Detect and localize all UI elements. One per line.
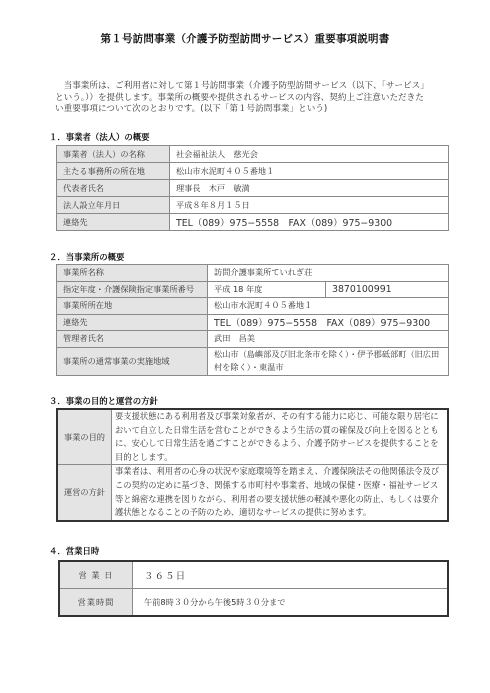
table-row: 法人設立年月日 平成８年８月１５日 [57, 197, 449, 214]
row-value: ３６５日 [133, 561, 449, 589]
row-value: 武田 昌美 [208, 331, 449, 348]
row-label: 事業所の通常事業の実施地域 [57, 347, 208, 375]
row-label: 事業所所在地 [57, 298, 208, 315]
purpose-policy-table: 事業の目的 要支援状態にある利用者及び事業対象者が、その有する能力に応じ、可能な… [56, 408, 449, 522]
row-value: 午前8時３０分から午後5時３０分まで [133, 589, 449, 617]
row-label: 運営の方針 [57, 465, 112, 521]
office-number: 3870100991 [326, 281, 449, 298]
row-value: 要支援状態にある利用者及び事業対象者が、その有する能力に応じ、可能な限り居宅にお… [112, 409, 449, 465]
row-label: 主たる事務所の所在地 [57, 163, 170, 180]
row-label: 指定年度・介護保険指定事業所番号 [57, 281, 208, 298]
row-label: 連絡先 [57, 314, 208, 331]
row-label: 事業者（法人）の名称 [57, 146, 170, 163]
table-row: 事業所名称 訪問介護事業所ていれぎ荘 [57, 265, 449, 282]
row-label: 代表者氏名 [57, 180, 170, 197]
row-label: 事業の目的 [57, 409, 112, 465]
table-row: 運営の方針 事業者は、利用者の心身の状況や家庭環境等を踏まえ、介護保険法その他関… [57, 465, 448, 521]
table-row: 営業時間 午前8時３０分から午後5時３０分まで [59, 589, 448, 617]
row-value: TEL（089）975−5558 FAX（089）975−9300 [208, 314, 449, 331]
table-row: 営 業 日 ３６５日 [59, 561, 448, 589]
section4-heading: ４．営業日時 [49, 545, 99, 557]
table-row: 事業者（法人）の名称 社会福祉法人 慈光会 [57, 146, 449, 163]
table-row: 指定年度・介護保険指定事業所番号 平成 18 年度 3870100991 [57, 281, 449, 298]
table-row: 事業所所在地 松山市水泥町４０５番地１ [57, 298, 449, 315]
table-row: 代表者氏名 理事長 木戸 敏満 [57, 180, 449, 197]
row-value: 訪問介護事業所ていれぎ荘 [208, 265, 449, 282]
intro-line: 当事業所は、ご利用者に対して第１号訪問事業（介護予防型訪問サービス（以下、「サー… [55, 81, 450, 93]
intro-paragraph: 当事業所は、ご利用者に対して第１号訪問事業（介護予防型訪問サービス（以下、「サー… [55, 81, 450, 116]
row-value: 平成 18 年度 [208, 281, 326, 298]
row-value: 松山市水泥町４０５番地１ [208, 298, 449, 315]
office-overview-table: 事業所名称 訪問介護事業所ていれぎ荘 指定年度・介護保険指定事業所番号 平成 1… [56, 264, 449, 376]
row-label: 営業時間 [59, 589, 133, 617]
section2-heading: ２．当事業所の概要 [49, 251, 124, 263]
row-label: 連絡先 [57, 214, 170, 231]
row-value: 社会福祉法人 慈光会 [170, 146, 449, 163]
row-label: 営 業 日 [59, 561, 133, 589]
section3-heading: ３．事業の目的と運営の方針 [49, 395, 158, 407]
table-row: 管理者氏名 武田 昌美 [57, 331, 449, 348]
row-label: 事業所名称 [57, 265, 208, 282]
row-label: 法人設立年月日 [57, 197, 170, 214]
table-row: 連絡先 TEL（089）975−5558 FAX（089）975−9300 [57, 314, 449, 331]
corporation-overview-table: 事業者（法人）の名称 社会福祉法人 慈光会 主たる事務所の所在地 松山市水泥町４… [56, 145, 449, 231]
document-title: 第１号訪問事業（介護予防型訪問サービス）重要事項説明書 [0, 31, 490, 46]
section1-heading: １．事業者（法人）の概要 [49, 131, 150, 143]
table-row: 事業の目的 要支援状態にある利用者及び事業対象者が、その有する能力に応じ、可能な… [57, 409, 448, 465]
row-value: 松山市水泥町４０５番地１ [170, 163, 449, 180]
table-row: 事業所の通常事業の実施地域 松山市（島嶼部及び旧北条市を除く）・伊予郡砥部町（旧… [57, 347, 449, 375]
table-row: 主たる事務所の所在地 松山市水泥町４０５番地１ [57, 163, 449, 180]
row-value: 事業者は、利用者の心身の状況や家庭環境等を踏まえ、介護保険法その他関係法令及びこ… [112, 465, 449, 521]
row-value: 松山市（島嶼部及び旧北条市を除く）・伊予郡砥部町（旧広田村を除く）・東温市 [208, 347, 449, 375]
row-label: 管理者氏名 [57, 331, 208, 348]
row-value: TEL（089）975−5558 FAX（089）975−9300 [170, 214, 449, 231]
row-value: 平成８年８月１５日 [170, 197, 449, 214]
intro-line: い重要事項について次のとおりです。(以下「第１号訪問事業」という) [55, 104, 450, 116]
business-hours-table: 営 業 日 ３６５日 営業時間 午前8時３０分から午後5時３０分まで [58, 560, 449, 617]
table-row: 連絡先 TEL（089）975−5558 FAX（089）975−9300 [57, 214, 449, 231]
intro-line: という。））を提供します。事業所の概要や提供されるサービスの内容、契約上ご注意い… [55, 93, 450, 105]
row-value: 理事長 木戸 敏満 [170, 180, 449, 197]
